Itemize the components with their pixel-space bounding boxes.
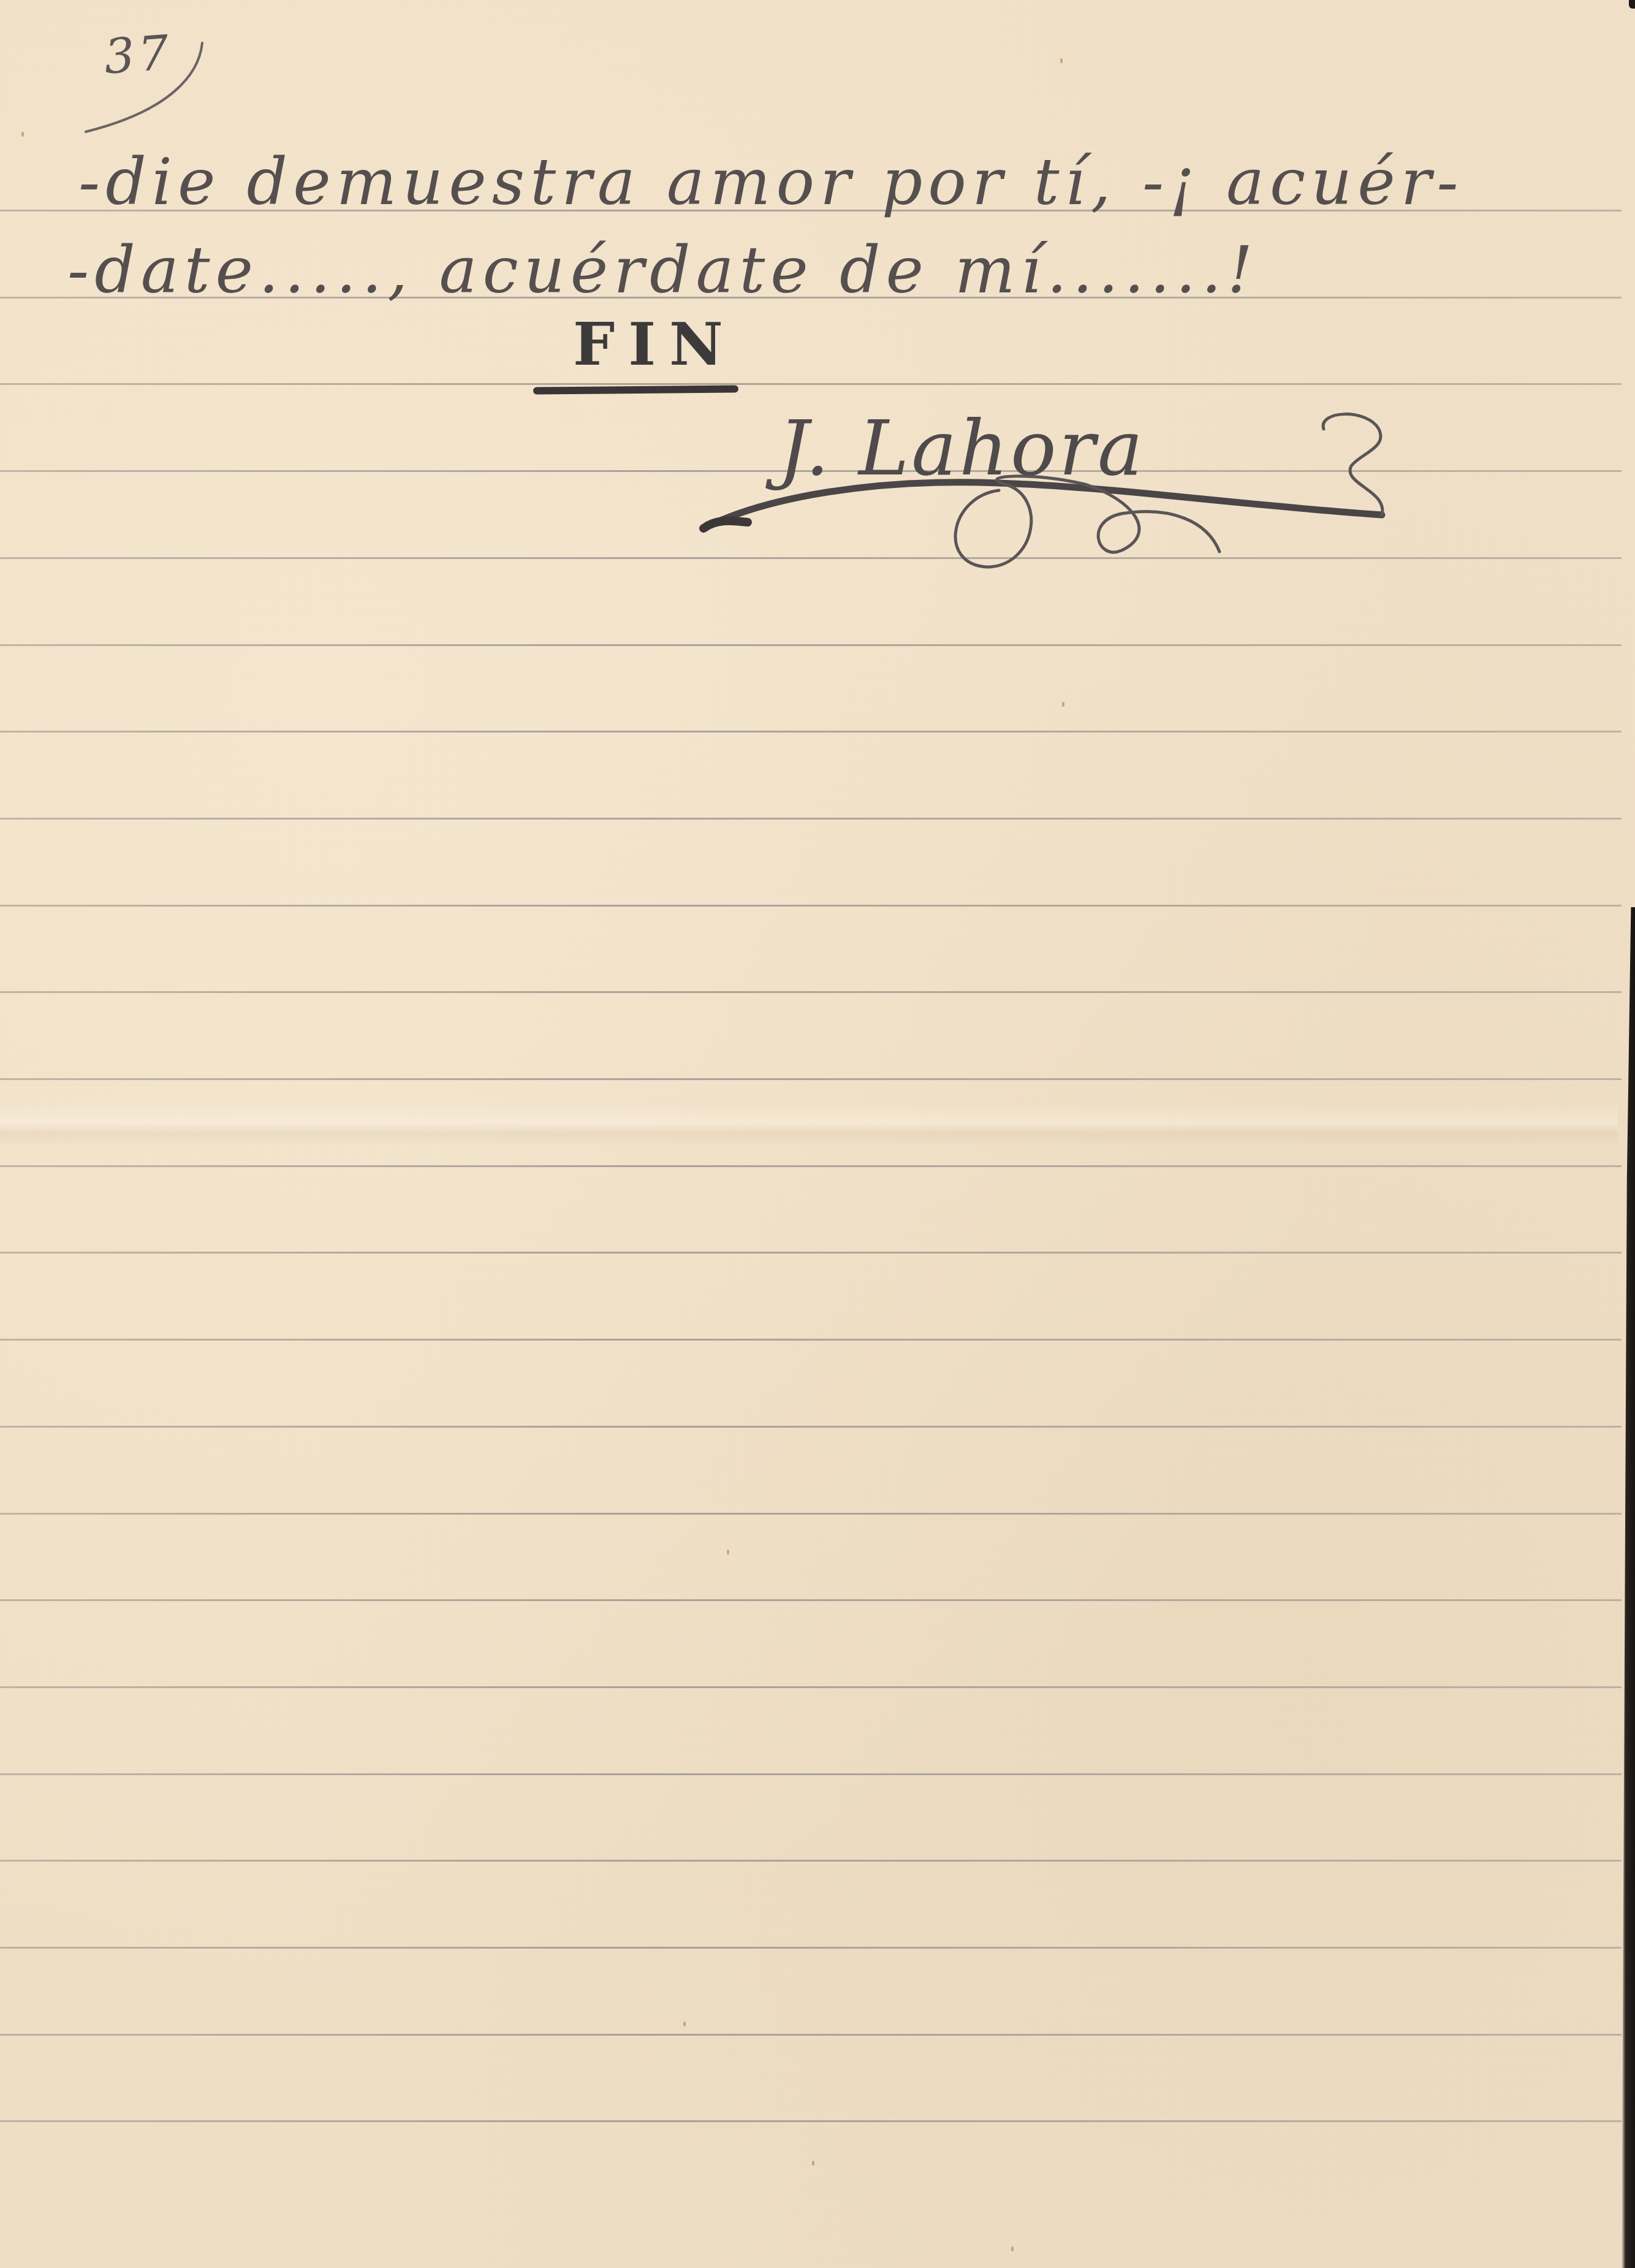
ruled-line [0,1078,1622,1080]
ruled-line [0,1773,1622,1775]
ruled-line [0,644,1622,646]
scan-edge-corner [1629,0,1635,9]
paper-speck [683,2022,686,2026]
paper-speck [1060,58,1063,63]
ruled-line [0,1165,1622,1167]
document-page: 37 -die demuestra amor por tí, -¡ acuér-… [0,0,1635,2268]
ruled-line [0,2120,1622,2122]
text-line-1: -die demuestra amor por tí, -¡ acuér- [78,145,1464,219]
ruled-line [0,1599,1622,1601]
ruled-line [0,991,1622,993]
ruled-line [0,1513,1622,1515]
paper-speck [812,2161,814,2166]
ruled-line [0,1686,1622,1688]
ruled-line [0,1947,1622,1949]
paper-speck [1011,2247,1014,2251]
closing-fin: FIN [573,310,737,379]
paper-speck [727,1550,729,1554]
paper-speck [21,132,24,137]
ruled-line [0,1252,1622,1254]
ruled-line [0,1860,1622,1862]
ruled-line [0,731,1622,733]
paper-speck [1062,702,1064,707]
text-line-2: -date....., acuérdate de mí.......! [67,233,1258,308]
ruled-line [0,818,1622,820]
ruled-line [0,383,1622,385]
ruled-line [0,2034,1622,2036]
page-number: 37 [102,25,174,85]
scan-edge-shadow [1622,907,1635,2268]
signature-flourish-icon [692,392,1459,576]
paper-crease [0,1103,1618,1146]
ruled-line [0,1339,1622,1341]
ruled-line [0,905,1622,907]
ruled-line [0,1426,1622,1428]
